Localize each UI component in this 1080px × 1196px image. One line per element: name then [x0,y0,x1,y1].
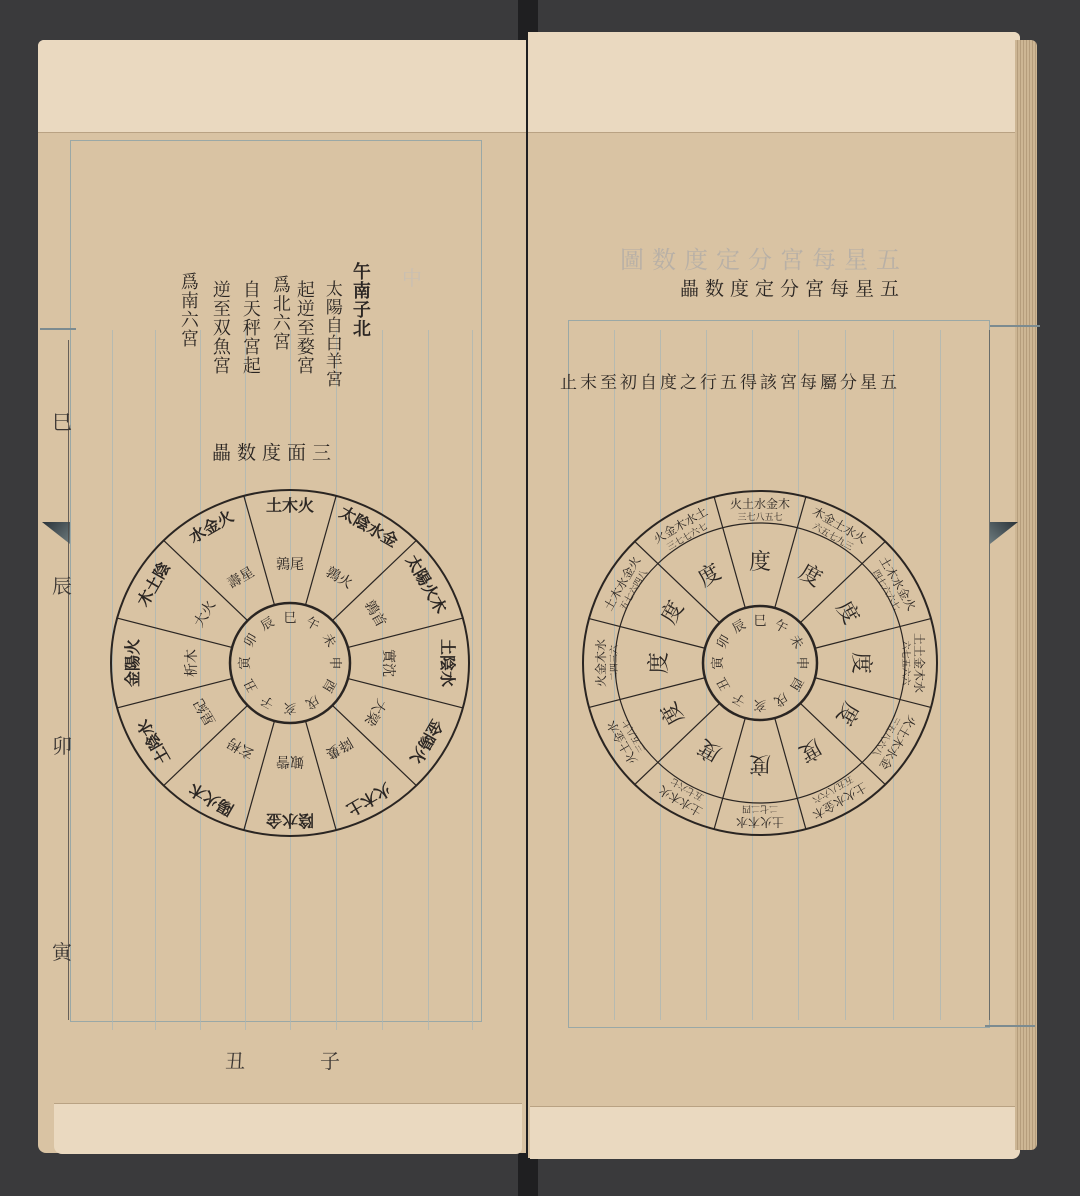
outer-ring-label: 土木火 [266,496,314,515]
outer-ring-label: 金陽火 [406,716,446,767]
middle-ring-label: 度 [831,697,864,729]
inner-ring-label: 寅 [711,656,726,670]
inner-ring-label: 巳 [283,611,296,626]
inner-ring-label: 酉 [319,676,338,695]
note-line-7: 爲南六宮 [178,272,197,348]
right-five-planets-wheel-diagram: 午度木金土水火六五七九三未度土木水金火四七六六七申度土土金木水六七五六六酉度火土… [575,485,945,845]
left-page-bottom-margin [54,1103,522,1154]
margin-label-chen: 辰 [52,570,72,599]
inner-ring-label: 未 [319,631,339,650]
inner-ring-label: 午 [303,615,322,634]
inner-ring-label: 亥 [753,697,766,712]
outer-ring-stars: 火土水金木 [730,496,790,511]
middle-ring-label: 星紀 [191,696,219,728]
bottom-label-chou: 丑 [225,1045,245,1074]
margin-rule [990,325,1040,327]
outer-ring-label: 太陰水金 [336,502,401,550]
margin-rule [40,328,76,330]
inner-ring-label: 丑 [714,674,733,693]
right-faint-header: 五星每宮分定度数圖 [620,240,908,275]
outer-ring-stars: 火金木水 [593,639,608,687]
left-margin-line [68,340,69,1020]
margin-rule [985,1025,1035,1027]
note-line-1: 午南子北 [350,262,369,338]
outer-ring-label: 火木土 [343,779,394,819]
margin-label-yin: 寅 [52,936,72,965]
middle-ring-label: 鶉火 [323,564,355,592]
note-line-4: 爲北六宮 [270,275,289,351]
note-line-5: 自天秤宮起 [240,280,259,375]
note-line-6: 逆至双魚宮 [210,280,229,375]
middle-ring-label: 大火 [190,597,219,630]
inner-ring-label: 未 [786,632,806,651]
inner-ring-label: 丑 [242,676,261,695]
middle-ring-label: 度 [794,734,826,767]
middle-ring-label: 大梁 [360,696,389,730]
middle-ring-label: 娵訾 [276,753,304,770]
middle-ring-label: 度 [647,652,672,674]
outer-ring-label: 陰水金 [266,811,314,830]
right-diagram-title: 五星每宮分定度数畾 [680,274,905,301]
outer-ring-stars: 土土金木水 [912,633,927,693]
inner-ring-label: 酉 [786,674,805,693]
inner-ring-label: 卯 [714,633,733,652]
inner-ring-label: 亥 [283,700,296,715]
outer-ring-degrees: 六七五六六 [900,640,912,686]
middle-ring-label: 度 [794,560,826,593]
right-diagram-subtitle: 五星分屬每宮該得五行之度自初至末止 [560,368,900,393]
outer-ring-stars: 土火木水 [736,815,784,830]
note-line-3: 起逆至婺宮 [294,280,313,375]
right-page-top-margin [528,32,1020,133]
inner-ring-label: 午 [771,617,790,636]
middle-ring-label: 度 [657,697,690,729]
left-page-top-margin [38,40,526,133]
outer-ring-label: 土陰水 [133,716,173,767]
inner-ring-label: 辰 [258,615,277,634]
middle-ring-label: 壽星 [224,563,257,592]
middle-ring-label: 鶉尾 [276,557,304,573]
bleed-through-char: 中 [402,262,422,291]
middle-ring-label: 度 [831,597,864,629]
outer-ring-label: 陽火木 [186,779,237,819]
middle-ring-label: 度 [694,734,726,767]
middle-ring-label: 度 [749,751,771,776]
outer-ring-label: 土陰水 [438,639,457,687]
left-zodiac-wheel-diagram: 午鶉火太陰水金未鶉首太陽火木申實沈土陰水酉大梁金陽火戌降婁火木土亥娵訾陰水金子玄… [105,485,475,845]
middle-ring-label: 度 [749,550,771,575]
inner-ring-label: 申 [327,656,343,669]
right-margin-line [989,330,990,1020]
middle-ring-label: 度 [694,560,726,593]
middle-ring-label: 鶉首 [361,598,389,630]
left-diagram-title: 三面度数畾 [212,438,337,465]
outer-ring-degrees: 三七八五七 [737,511,782,523]
outer-ring-degrees: 二七二四 [742,803,778,815]
right-page-bottom-margin [530,1106,1020,1159]
middle-ring-label: 玄枵 [224,734,257,763]
middle-ring-label: 析木 [183,649,200,677]
margin-label-mao: 卯 [52,730,72,759]
margin-label-si: 巳 [52,406,72,435]
outer-ring-label: 金陽火 [123,639,142,687]
inner-ring-label: 寅 [238,656,253,670]
inner-ring-label: 戌 [771,689,790,709]
middle-ring-label: 實沈 [380,649,396,677]
outer-ring-label: 水金火 [186,506,237,546]
outer-ring-label: 木土陰 [133,559,173,610]
inner-ring-label: 子 [258,692,277,711]
middle-ring-label: 度 [848,652,873,674]
middle-ring-label: 降婁 [323,734,356,763]
bottom-label-zi: 子 [320,1045,340,1074]
inner-ring-label: 戌 [303,692,322,712]
inner-ring-label: 巳 [753,614,766,629]
middle-ring-label: 度 [657,597,690,629]
page-edge-stack [1015,40,1037,1150]
inner-ring-label: 子 [730,689,749,708]
outer-ring-degrees: 二四三六 [609,644,620,681]
inner-ring-label: 申 [794,656,810,669]
inner-ring-label: 卯 [242,631,261,650]
outer-ring-label: 太陽火木 [402,552,450,617]
note-line-2: 太陽自白羊宮 [322,280,340,388]
inner-ring-label: 辰 [730,617,749,636]
